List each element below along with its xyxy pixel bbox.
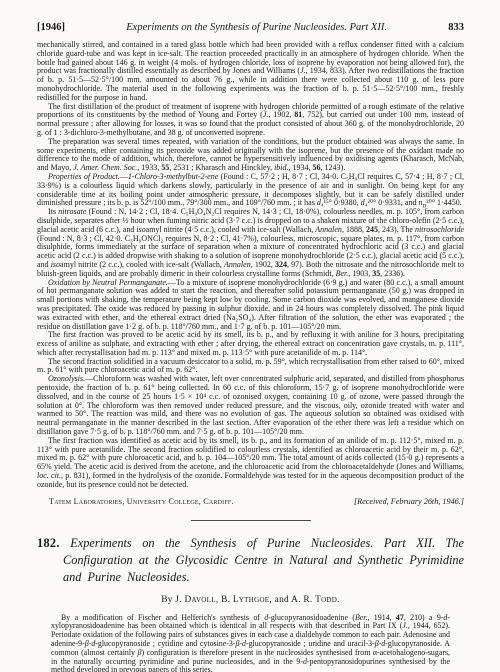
experimental-section: mechanically stirred, and contained in a… [37, 41, 464, 490]
text-run: amyl nitrite (2 c.c.), cooled with ice-s… [60, 260, 224, 269]
text-run: iso [51, 260, 60, 269]
text-run: Oxidation by Neutral Permanganate. [48, 278, 168, 287]
text-run: Davoll [184, 595, 215, 605]
section-divider [191, 520, 311, 521]
text-run: . [337, 595, 340, 605]
page-header: [1946] Experiments on the Synthesis of P… [37, 22, 464, 34]
text-run: amyl nitrite (4·5 c.c.), cooled with ice… [146, 225, 316, 234]
text-run: Todd [315, 595, 337, 605]
paragraph: The preparation was several times repeat… [37, 138, 464, 173]
text-run: -glucopyranoside ; cytidine and cytosine… [95, 639, 235, 648]
text-run: , 1903, [348, 269, 372, 278]
text-run: — [120, 172, 128, 181]
journal-page: [1946] Experiments on the Synthesis of P… [0, 0, 500, 672]
text-run: , and A. R. [269, 595, 315, 605]
paragraph: Oxidation by Neutral Permanganate.—To a … [37, 279, 464, 332]
text-run: -glucopyranoside ; uridine and uracil-3- [246, 639, 375, 648]
article-title: 182. Experiments on the Synthesis of Pur… [37, 535, 464, 586]
page-number: 833 [448, 22, 464, 34]
text-run: Experiments on the Synthesis of Purine N… [63, 536, 464, 584]
text-run: , B. [216, 595, 233, 605]
running-title: Experiments on the Synthesis of Purine N… [65, 22, 448, 34]
text-run: 1-Chloro-3-methylbut-2-ene [128, 172, 218, 181]
text-run: , 1933, [137, 163, 161, 172]
paragraph: Properties of Product.—1-Chloro-3-methyl… [37, 173, 464, 208]
article-abstract: By a modification of Fischer and Helferi… [51, 614, 450, 672]
paragraph: The first fraction was identified as ace… [37, 437, 464, 490]
text-run: 245 [366, 225, 378, 234]
text-run: —Chloroform was washed with water, left … [37, 374, 464, 436]
next-article: 182. Experiments on the Synthesis of Pur… [37, 535, 464, 672]
article-byline: By J. Davoll, B. Lythgoe, and A. R. Todd… [37, 595, 464, 605]
text-run: , p. 831), formed in the hydrolysis of t… [37, 471, 464, 489]
text-run: , 243). The [378, 225, 415, 234]
paragraph: The first distillation of the product of… [37, 103, 464, 138]
text-run: ₄²⁰° 0·9331, and [365, 198, 419, 207]
paragraph: By a modification of Fischer and Helferi… [51, 614, 450, 672]
paragraph: The second fraction solidified in a vacu… [37, 358, 464, 376]
text-run: , 1914, [367, 613, 395, 622]
text-run: The first fraction was proved to be acet… [37, 330, 464, 357]
text-run: Ozonolysis. [48, 374, 85, 383]
laboratory-address: Tatem Laboratories, University College, … [49, 497, 234, 506]
paragraph: The first fraction was proved to be acet… [37, 331, 464, 357]
text-run: By a modification of Fischer and Helferi… [61, 613, 264, 622]
text-run: 182. [37, 536, 60, 550]
text-run: , 2531 ; Kharasch and Hinckley, [169, 163, 274, 172]
issue-year: [1946] [37, 22, 65, 34]
text-run: Properties of Product. [48, 172, 120, 181]
text-run: By J. [161, 595, 184, 605]
paragraph: Its nitrosate (Found : N, 14·2 ; Cl, 18·… [37, 208, 464, 278]
text-run: Annalen [315, 225, 342, 234]
text-run: , 1902, [251, 260, 275, 269]
text-run: Its [48, 207, 58, 216]
text-run: , 1243). [321, 163, 346, 172]
text-run: Ber. [336, 269, 349, 278]
text-run: 324 [275, 260, 287, 269]
text-run: ₄¹⁵° 0·9380, [321, 198, 361, 207]
text-run: Tatem Laboratories, University College, … [49, 497, 234, 506]
paragraph: mechanically stirred, and contained in a… [37, 41, 464, 103]
text-run: ibid. [274, 163, 288, 172]
text-run: [Received, February 26th, 1946.] [354, 497, 464, 506]
text-run: iso [136, 225, 145, 234]
text-run: nitrosochloride [415, 225, 464, 234]
text-run: , 2336). [380, 269, 405, 278]
text-run: —To a mixture of isoprene monohydrochlor… [37, 278, 464, 331]
text-run: Lythgoe [233, 595, 270, 605]
text-run: nitrosate [58, 207, 86, 216]
text-run: 47 [396, 613, 404, 622]
text-run [60, 536, 71, 550]
text-run: , 210) a 9- [404, 613, 444, 622]
text-run: The second fraction solidified in a vacu… [37, 357, 464, 375]
text-run: Annalen [224, 260, 251, 269]
text-run: , 1902, [268, 110, 294, 119]
paragraph: Ozonolysis.—Chloroform was washed with w… [37, 375, 464, 437]
text-run: J. Amer. Chem. Soc. [73, 163, 137, 172]
text-run: The first fraction was identified as ace… [37, 436, 464, 471]
received-date: [Received, February 26th, 1946.] [354, 497, 464, 506]
text-run: loc. cit. [37, 471, 61, 480]
text-run: -glucopyranosidoadenine ( [268, 613, 355, 622]
text-run: , 1934, [289, 163, 313, 172]
text-run: Ber. [355, 613, 368, 622]
text-run: , 1888, [342, 225, 366, 234]
text-run: 56 [313, 163, 321, 172]
signature-line: Tatem Laboratories, University College, … [37, 497, 464, 506]
text-run: ²⁰° 1·4450. [426, 198, 461, 207]
